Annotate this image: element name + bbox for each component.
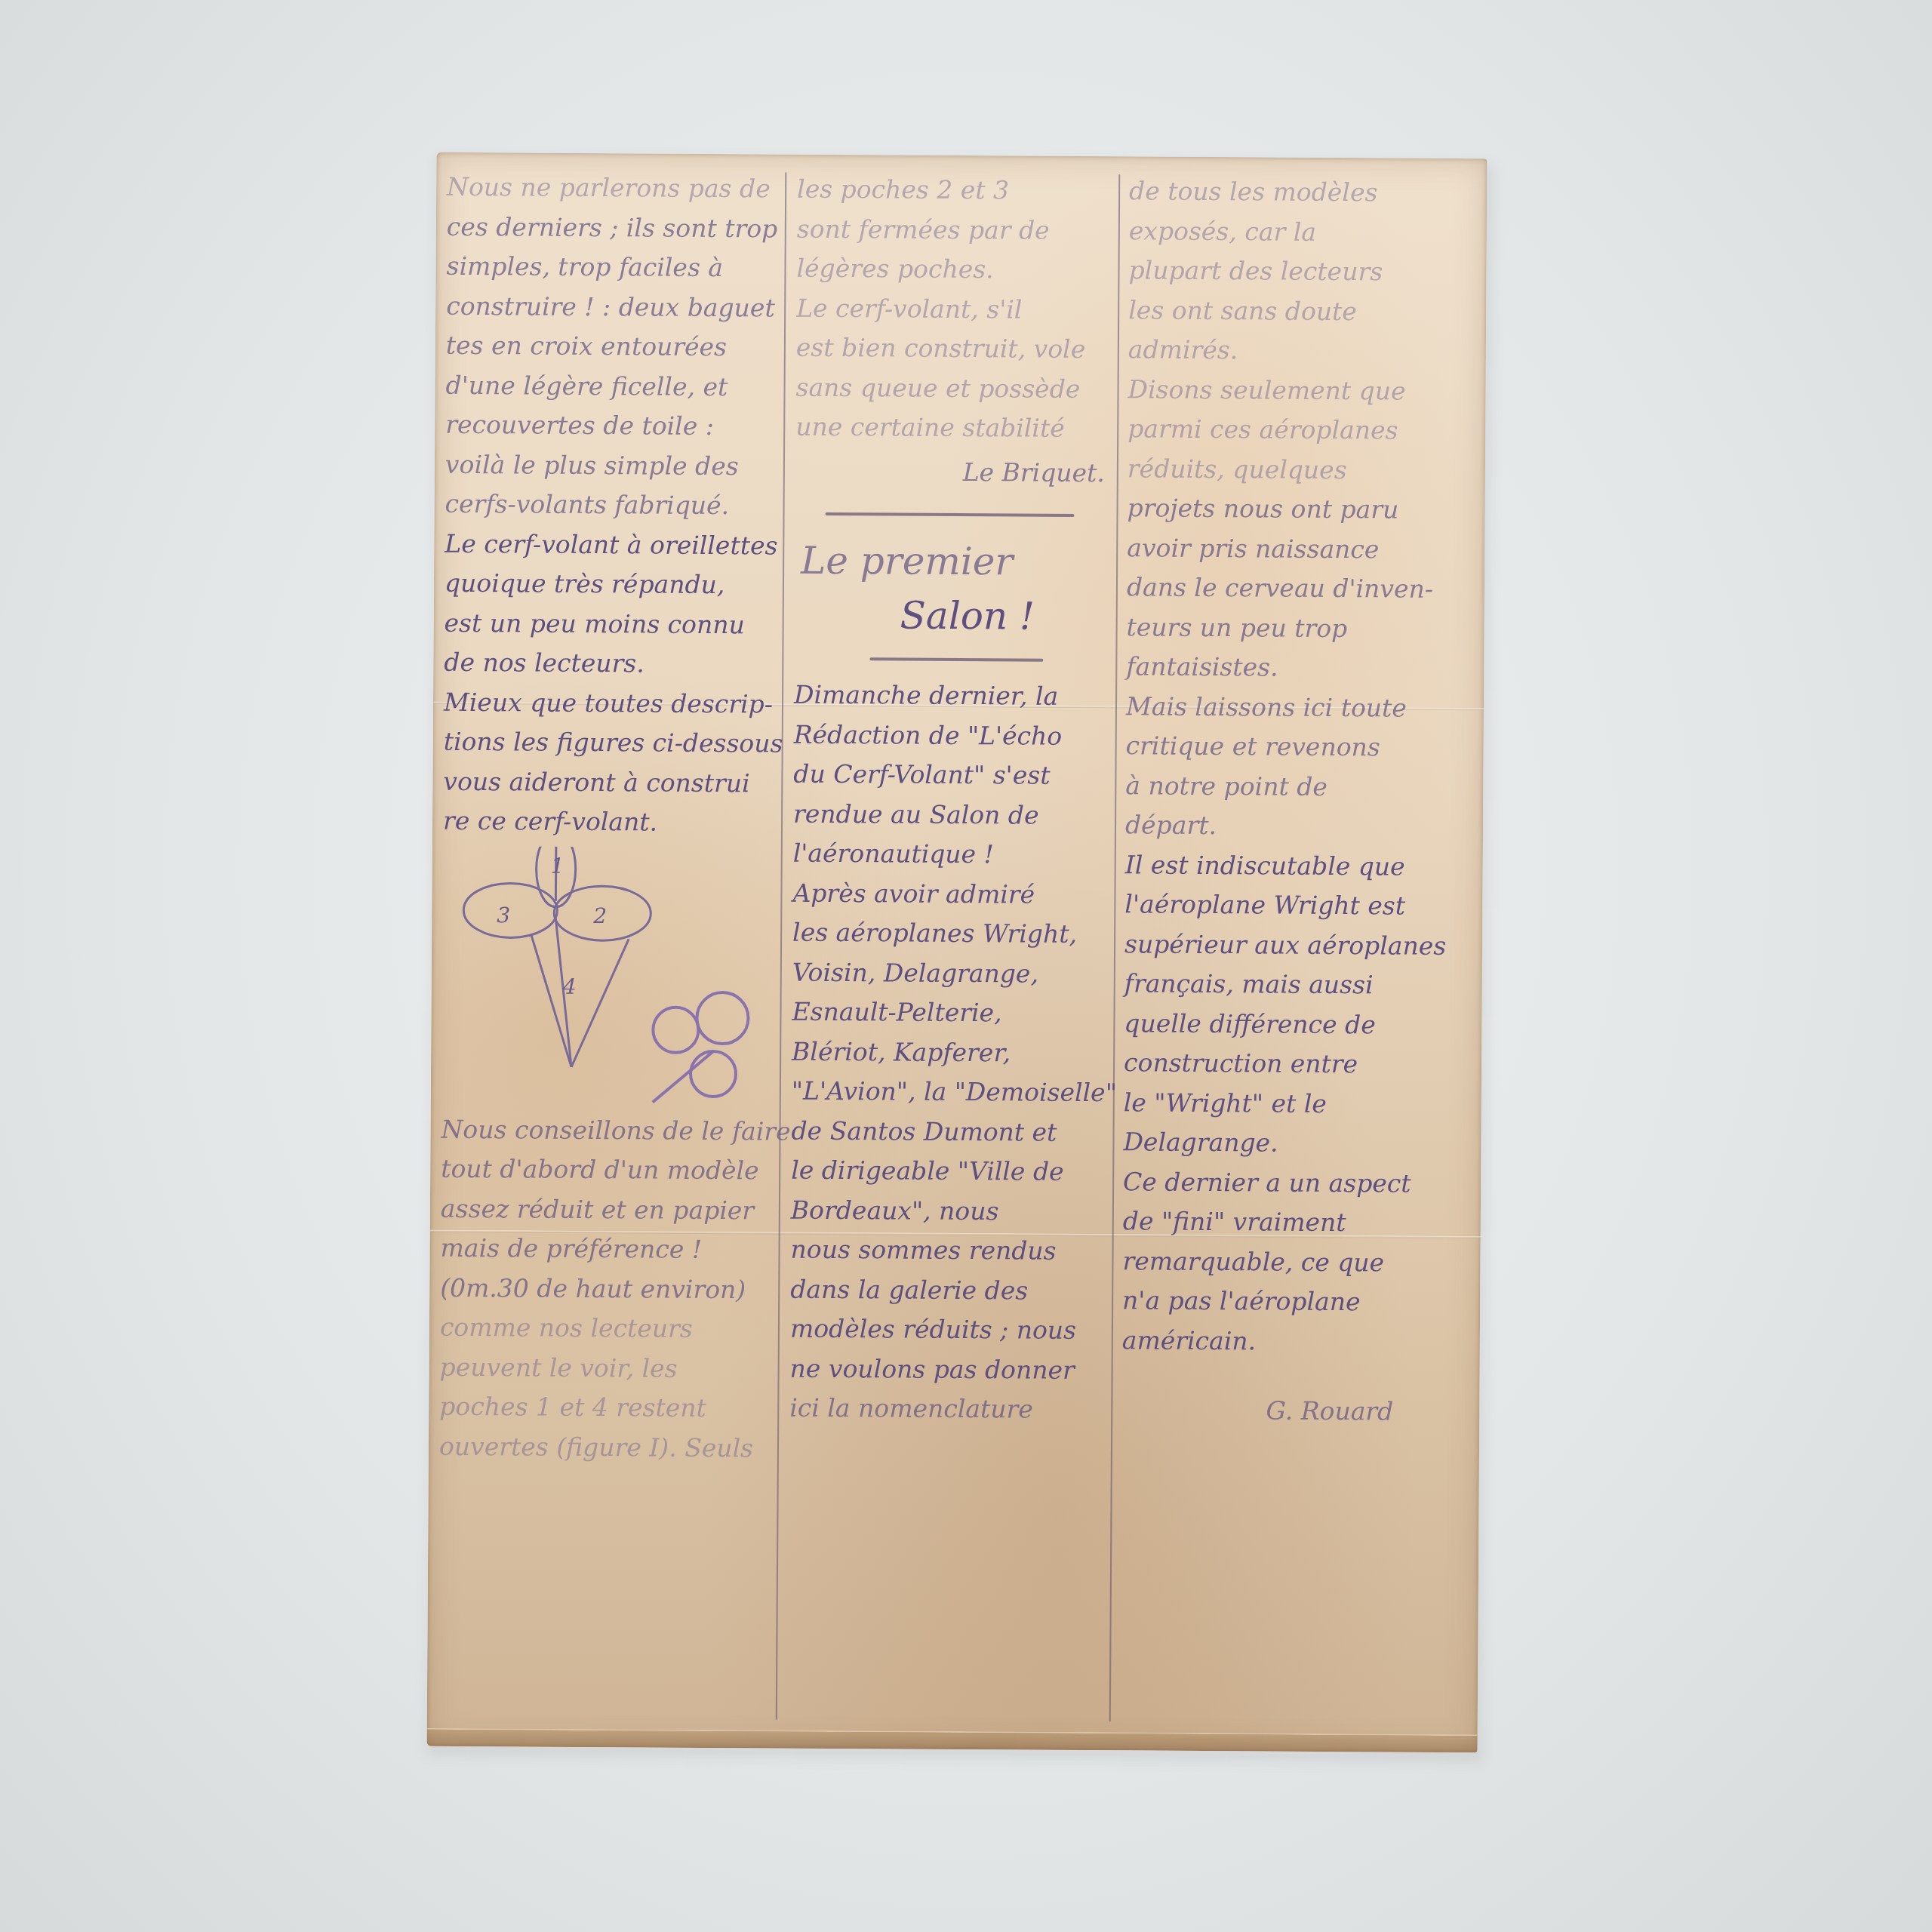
figure-label: 4	[563, 967, 577, 1007]
headline-rule	[826, 512, 1075, 517]
text-line: plupart des lecteurs	[1128, 251, 1468, 292]
text-line: re ce cerf-volant.	[443, 801, 775, 843]
text-line: les poches 2 et 3	[797, 170, 1114, 211]
column-salon-article: les poches 2 et 3 sont fermées par de lé…	[789, 170, 1114, 1430]
text-line: Mais laissons ici toute	[1126, 687, 1466, 728]
text-line: Delagrange.	[1123, 1122, 1463, 1164]
text-line: Esnault-Pelterie,	[792, 992, 1109, 1034]
text-line: fantaisistes.	[1126, 647, 1466, 688]
text-line: Blériot, Kapferer,	[792, 1032, 1109, 1073]
text-line: dans la galerie des	[790, 1269, 1107, 1311]
text-line: projets nous ont paru	[1127, 488, 1466, 530]
text-line: quelle différence de	[1124, 1004, 1463, 1045]
text-line: à notre point de	[1125, 766, 1465, 808]
text-line: sans queue et possède	[795, 368, 1112, 409]
text-line: les ont sans doute	[1128, 291, 1468, 332]
text-line: Disons seulement que	[1128, 370, 1467, 411]
text-line: Le cerf-volant, s'il	[796, 288, 1113, 330]
figure-label: 1	[551, 846, 565, 886]
text-line: Ce dernier a un aspect	[1123, 1162, 1463, 1204]
text-line: assez réduit et en papier	[441, 1189, 773, 1230]
text-line: Voisin, Delagrange,	[792, 952, 1109, 994]
figure-label: 2	[593, 897, 607, 937]
text-line: supérieur aux aéroplanes	[1124, 924, 1464, 966]
text-line: les aéroplanes Wright,	[792, 913, 1109, 955]
text-line: Nous ne parlerons pas de	[447, 168, 779, 209]
text-line: Il est indiscutable que	[1125, 845, 1465, 887]
text-line: une certaine stabilité	[795, 408, 1112, 449]
text-line: mais de préférence !	[440, 1229, 772, 1270]
text-line: Rédaction de "L'écho	[794, 715, 1111, 756]
text-line: tions les figures ci-dessous	[444, 722, 776, 764]
text-line: dans le cerveau d'inven-	[1127, 568, 1466, 609]
text-line: l'aéronautique !	[793, 834, 1110, 875]
text-line: nous sommes rendus	[790, 1230, 1107, 1272]
text-line: tes en croix entourées	[446, 326, 778, 368]
text-line: du Cerf-Volant" s'est	[793, 755, 1110, 796]
text-line: avoir pris naissance	[1127, 528, 1466, 570]
text-line: teurs un peu trop	[1126, 608, 1466, 649]
text-line: rendue au Salon de	[793, 794, 1110, 835]
text-line: le dirigeable "Ville de	[791, 1151, 1108, 1192]
article-headline: Le premier Salon !	[795, 534, 1112, 645]
text-line: construire ! : deux baguet	[446, 286, 778, 328]
headline-line: Salon !	[795, 588, 1112, 645]
text-line: simples, trop faciles à	[446, 247, 778, 288]
text-line: critique et revenons	[1126, 726, 1466, 768]
text-line: ne voulons pas donner	[789, 1349, 1106, 1390]
text-line: ici la nomenclature	[789, 1389, 1106, 1430]
text-line: tout d'abord d'un modèle	[441, 1149, 773, 1191]
text-line: Bordeaux", nous	[791, 1190, 1108, 1232]
text-line: cerfs-volants fabriqué.	[445, 485, 777, 526]
text-line: de nos lecteurs.	[444, 643, 776, 685]
text-line: n'a pas l'aéroplane	[1122, 1281, 1462, 1322]
text-line: d'une légère ficelle, et	[445, 365, 777, 407]
text-line: français, mais aussi	[1124, 964, 1464, 1005]
text-line: quoique très répandu,	[445, 564, 777, 605]
text-line: départ.	[1125, 805, 1465, 847]
text-line: américain.	[1122, 1321, 1462, 1362]
text-line: de Santos Dumont et	[791, 1111, 1108, 1152]
text-line: voilà le plus simple des	[445, 445, 777, 486]
author-signature: G. Rouard	[1121, 1390, 1461, 1432]
text-line: le "Wright" et le	[1124, 1083, 1463, 1124]
text-line: l'aéroplane Wright est	[1124, 884, 1464, 926]
text-line: "L'Avion", la "Demoiselle"	[792, 1072, 1109, 1113]
text-line: légères poches.	[796, 249, 1113, 291]
text-line: sont fermées par de	[797, 209, 1114, 251]
figure-label: 3	[497, 896, 510, 936]
text-line: exposés, car la	[1129, 211, 1469, 253]
text-line: admirés.	[1128, 330, 1468, 371]
text-line: peuvent le voir, les	[439, 1347, 771, 1389]
text-line: Le cerf-volant à oreillettes	[445, 524, 777, 565]
text-line: modèles réduits ; nous	[790, 1309, 1107, 1351]
handwritten-page: Nous ne parlerons pas de ces derniers ; …	[427, 152, 1487, 1752]
text-line: ces derniers ; ils sont trop	[447, 207, 779, 248]
text-line: comme nos lecteurs	[440, 1308, 772, 1349]
headline-line: Le premier	[795, 534, 1112, 590]
text-line: poches 1 et 4 restent	[439, 1387, 771, 1429]
headline-rule	[869, 657, 1043, 661]
kite-diagram: 1 2 3 4	[441, 845, 775, 1112]
text-line: (0m.30 de haut environ)	[440, 1268, 772, 1309]
text-line: Mieux que toutes descrip-	[444, 682, 776, 724]
text-line: est bien construit, vole	[796, 328, 1113, 370]
text-line: Nous conseillons de le faire	[441, 1109, 773, 1151]
text-line: Dimanche dernier, la	[794, 675, 1111, 717]
text-line: recouvertes de toile :	[445, 405, 777, 447]
column-kite-instructions: Nous ne parlerons pas de ces derniers ; …	[439, 168, 780, 1469]
author-signature: Le Briquet.	[795, 451, 1112, 493]
text-line: vous aideront à construi	[443, 761, 775, 803]
text-line: parmi ces aéroplanes	[1128, 409, 1467, 451]
text-line: construction entre	[1124, 1043, 1463, 1084]
text-line: remarquable, ce que	[1122, 1241, 1462, 1283]
text-line: de "fini" vraiment	[1123, 1201, 1463, 1243]
text-line: est un peu moins connu	[444, 603, 776, 645]
text-line: de tous les modèles	[1129, 171, 1469, 213]
text-line: ouvertes (figure I). Seuls	[439, 1426, 771, 1468]
column-salon-continued: de tous les modèles exposés, car la plup…	[1121, 171, 1469, 1432]
kite-drawing-icon	[441, 845, 775, 1112]
text-line: Après avoir admiré	[792, 873, 1109, 915]
text-line: réduits, quelques	[1128, 449, 1467, 491]
